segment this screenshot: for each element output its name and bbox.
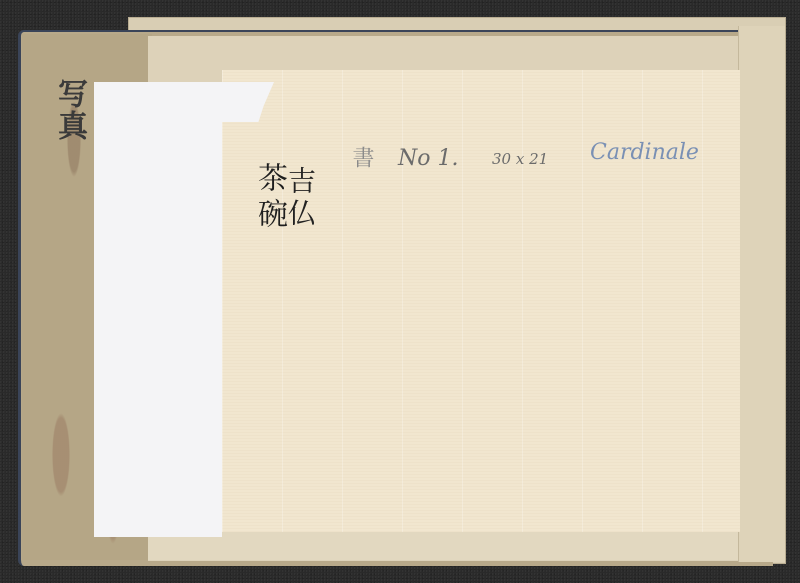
name-note-blue: Cardinale — [590, 140, 699, 165]
calligraphy-left-column: 茶碗 — [254, 162, 284, 234]
spine-title: 写真 — [54, 78, 84, 142]
right-edge-sheet — [738, 26, 785, 562]
pencil-note-vertical: 書 — [350, 146, 372, 170]
calligraphy-right-column: 吉仏 — [286, 166, 314, 230]
catalog-number: No 1. — [398, 146, 458, 171]
bottom-strip — [148, 532, 738, 560]
dimensions-note: 30 x 21 — [492, 150, 548, 168]
white-label — [94, 82, 222, 537]
